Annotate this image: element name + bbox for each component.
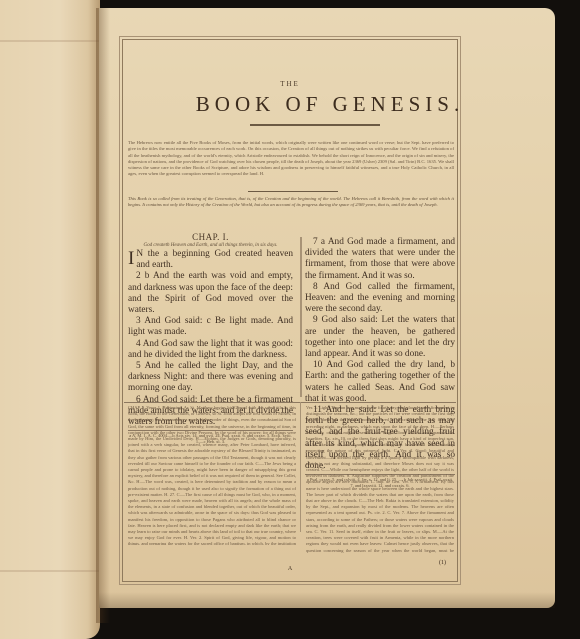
commentary-right: Ver. 3. Light. The sun was made on the f… [306,405,454,555]
column-divider [300,237,302,397]
page-number: (1) [439,560,446,566]
chapter-heading: CHAP. I. [128,232,293,242]
verse-3: 3 And God said: c Be light made. And lig… [128,316,293,338]
commentary-left: CHAP. I. Verse 1. Beginning. As St. Matt… [128,405,296,545]
verse-4: 4 And God saw the light that it was good… [128,339,293,361]
page-bottom-shadow [99,592,555,608]
title-rule [250,124,380,126]
verse-8: 8 And God called the firmament, Heaven: … [305,282,455,316]
verse-10: 10 And God called the dry land, b Earth:… [305,360,455,405]
intro-rule [248,191,338,192]
signature-mark: A [0,566,580,572]
verse-5: 5 And he called the light Day, and the d… [128,361,293,395]
intro-paragraph: The Hebrews now entitle all the Five Boo… [128,140,454,178]
verse-9: 9 God also said: Let the waters that are… [305,315,455,360]
book-title: BOOK OF GENESIS. [40,92,580,117]
verse-1: IN the a beginning God created heaven an… [128,249,293,271]
commentary-rule [124,402,456,403]
commentary-column-divider [300,402,301,532]
verse-7: 7 a And God made a firmament, and divide… [305,237,455,282]
heading-the: THE [0,80,580,88]
page-crease [0,40,100,42]
book-summary: This Book is so called from its treating… [128,196,454,209]
chapter-summary: God createth Heaven and Earth, and all t… [128,243,293,248]
drop-cap: I [128,250,134,267]
verse-2: 2 b And the earth was void and empty, an… [128,271,293,316]
